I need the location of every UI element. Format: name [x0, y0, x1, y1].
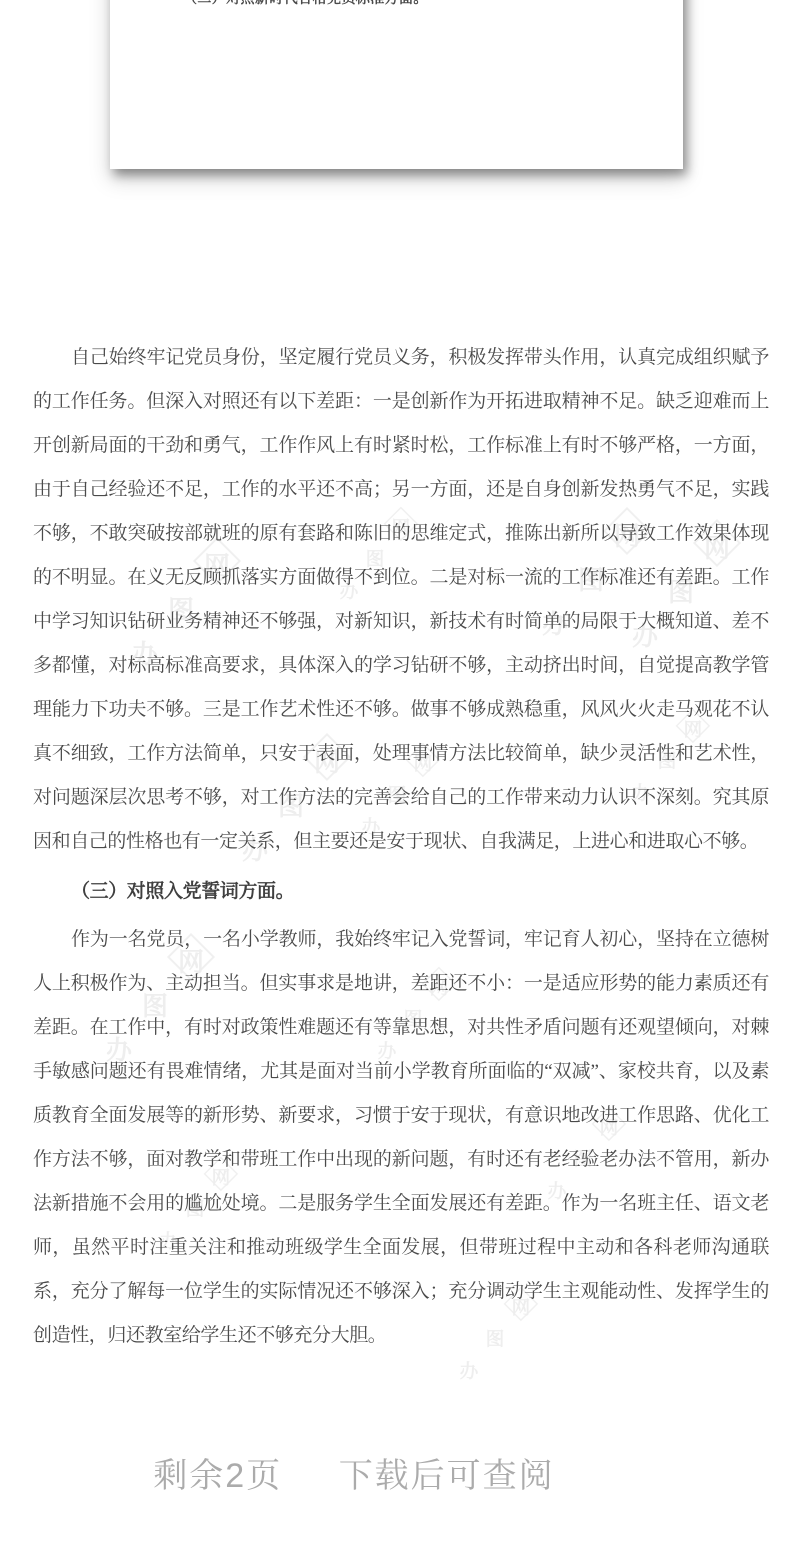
document-body: 自己始终牢记党员身份，坚定履行党员义务，积极发挥带头作用，认真完成组织赋予的工作… [33, 336, 769, 1358]
previous-page-heading: （二）对照新时代合格党员标准方面。 [183, 0, 428, 10]
download-to-view-hint: 下载后可查阅 [339, 1457, 555, 1495]
paragraph: 自己始终牢记党员身份，坚定履行党员义务，积极发挥带头作用，认真完成组织赋予的工作… [33, 336, 769, 864]
paragraph: 作为一名党员，一名小学教师，我始终牢记入党誓词，牢记育人初心，坚持在立德树人上积… [33, 918, 769, 1358]
page-preview-card: （二）对照新时代合格党员标准方面。 [110, 0, 683, 169]
section-heading: （三）对照入党誓词方面。 [33, 870, 769, 914]
remaining-pages-notice: 剩余2页 下载后可查阅 [0, 1448, 800, 1497]
watermark-char: 办 [460, 1356, 479, 1383]
remaining-pages-count: 剩余2页 [153, 1457, 282, 1495]
